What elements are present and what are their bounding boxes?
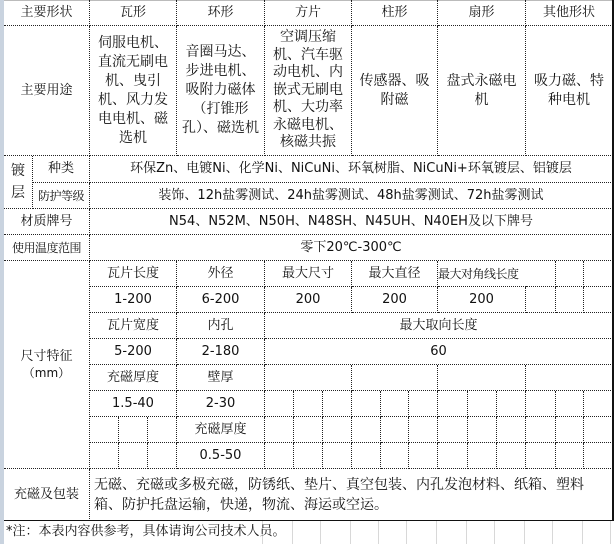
max-dia-label: 最大直径 xyxy=(352,261,438,287)
usage-cylinder: 传感器、吸附磁 xyxy=(352,26,438,156)
tile-width-label: 瓦片宽度 xyxy=(90,313,177,339)
empty-cell xyxy=(497,417,526,443)
outer-dia-value: 6-200 xyxy=(177,287,265,313)
empty-cell xyxy=(584,391,613,417)
empty-cell xyxy=(265,365,352,391)
empty-cell xyxy=(323,443,352,469)
empty-cell xyxy=(556,417,584,443)
max-orient-value: 60 xyxy=(265,339,613,365)
empty-cell xyxy=(556,261,584,287)
empty-cell xyxy=(119,417,148,443)
max-dia-value: 200 xyxy=(352,287,438,313)
empty-cell xyxy=(352,417,381,443)
empty-cell xyxy=(556,443,584,469)
empty-cell xyxy=(409,391,438,417)
empty-cell xyxy=(526,365,613,391)
empty-cell xyxy=(409,417,438,443)
usage-fan: 盘式永磁电机 xyxy=(438,26,526,156)
empty-cell xyxy=(584,443,613,469)
tile-length-value: 1-200 xyxy=(90,287,177,313)
max-diag-label: 最大对角线长度 xyxy=(438,261,526,287)
empty-cell xyxy=(409,443,438,469)
empty-cell xyxy=(526,261,556,287)
empty-cell xyxy=(438,417,468,443)
grid-line xyxy=(292,521,293,544)
tile-width-value: 5-200 xyxy=(90,339,177,365)
empty-cell xyxy=(468,443,497,469)
empty-cell xyxy=(352,391,381,417)
empty-cell xyxy=(90,443,119,469)
empty-cell xyxy=(148,417,177,443)
mag-thick-label-2: 充磁厚度 xyxy=(177,417,265,443)
empty-cell xyxy=(584,287,613,313)
empty-cell xyxy=(468,391,497,417)
material-label: 材质牌号 xyxy=(4,209,90,235)
temperature-value: 零下20℃-300℃ xyxy=(90,235,613,261)
empty-cell xyxy=(352,365,438,391)
empty-cell xyxy=(438,365,526,391)
max-diag-value: 200 xyxy=(438,287,526,313)
wall-value: 2-30 xyxy=(177,391,265,417)
empty-cell xyxy=(265,417,294,443)
grid-line xyxy=(320,521,321,544)
empty-cell xyxy=(497,443,526,469)
size-label: 尺寸特征 xyxy=(20,349,72,365)
empty-cell xyxy=(381,443,409,469)
empty-cell xyxy=(265,443,294,469)
max-size-value: 200 xyxy=(265,287,352,313)
empty-cell xyxy=(119,443,148,469)
empty-cell xyxy=(584,261,613,287)
grid-line xyxy=(466,521,467,544)
inner-hole-label: 内孔 xyxy=(177,313,265,339)
empty-cell xyxy=(294,417,323,443)
footnote: *注：本表内容供参考，具体请询公司技术人员。 xyxy=(6,523,286,541)
grid-line xyxy=(582,521,583,544)
coating-group-label: 镀层 xyxy=(4,156,33,209)
empty-cell xyxy=(265,391,294,417)
packaging-label: 充磁及包装 xyxy=(4,469,90,521)
table-right-border xyxy=(612,0,614,521)
empty-cell xyxy=(294,391,323,417)
header-shape-fan: 扇形 xyxy=(438,0,526,26)
wall-label: 壁厚 xyxy=(177,365,265,391)
grid-line xyxy=(524,521,525,544)
empty-cell xyxy=(294,443,323,469)
usage-other: 吸力磁、特种电机 xyxy=(526,26,613,156)
grid-line xyxy=(494,521,495,544)
usage-ring: 音圈马达、步进电机、吸附力磁体（打锥形孔）、磁选机 xyxy=(177,26,265,156)
max-size-label: 最大尺寸 xyxy=(265,261,352,287)
empty-cell xyxy=(438,443,468,469)
empty-cell xyxy=(438,391,468,417)
coating-type-label: 种类 xyxy=(33,156,90,183)
empty-cell xyxy=(556,391,584,417)
table-bottom-border xyxy=(4,520,614,521)
grid-line xyxy=(610,521,611,544)
temperature-label: 使用温度范围 xyxy=(4,235,90,261)
empty-cell xyxy=(584,417,613,443)
empty-cell xyxy=(497,391,526,417)
empty-cell xyxy=(323,417,352,443)
size-unit: （mm） xyxy=(23,365,70,381)
empty-cell xyxy=(323,391,352,417)
header-row-label: 主要形状 xyxy=(4,0,90,26)
empty-cell xyxy=(556,287,584,313)
inner-hole-value: 2-180 xyxy=(177,339,265,365)
grid-line xyxy=(378,521,379,544)
header-shape-cylinder: 柱形 xyxy=(352,0,438,26)
mag-thick-value-1: 1.5-40 xyxy=(90,391,177,417)
empty-cell xyxy=(526,287,556,313)
mag-thick-label-1: 充磁厚度 xyxy=(90,365,177,391)
empty-cell xyxy=(526,443,556,469)
header-shape-ring: 环形 xyxy=(177,0,265,26)
usage-block: 空调压缩机、汽车驱动电机、内嵌式无刷电机、大功率永磁电机、核磁共振 xyxy=(265,26,352,156)
size-label-cell: 尺寸特征 （mm） xyxy=(4,261,90,469)
mag-thick-value-2: 0.5-50 xyxy=(177,443,265,469)
max-orient-label: 最大取向长度 xyxy=(265,313,613,339)
empty-cell xyxy=(526,391,556,417)
material-value: N54、N52M、N50H、N48SH、N45UH、N40EH及以下牌号 xyxy=(90,209,613,235)
packaging-value: 无磁、充磁或多极充磁，防锈纸、垫片、真空包装、内孔发泡材料、纸箱、塑料箱、防护托… xyxy=(90,469,613,521)
coating-protection-value: 装饰、12h盐雾测试、24h盐雾测试、48h盐雾测试、72h盐雾测试 xyxy=(90,183,613,209)
empty-cell xyxy=(352,443,381,469)
header-shape-other: 其他形状 xyxy=(526,0,613,26)
empty-cell xyxy=(90,417,119,443)
coating-protection-label: 防护等级 xyxy=(33,183,90,209)
empty-cell xyxy=(526,417,556,443)
header-shape-tile: 瓦形 xyxy=(90,0,177,26)
coating-type-value: 环保Zn、电镀Ni、化学Ni、NiCuNi、环氧树脂、NiCuNi+环氧镀层、铝… xyxy=(90,156,613,183)
usage-label: 主要用途 xyxy=(4,26,90,156)
grid-line xyxy=(350,521,351,544)
header-shape-block: 方片 xyxy=(265,0,352,26)
tile-length-label: 瓦片长度 xyxy=(90,261,177,287)
outer-dia-label: 外径 xyxy=(177,261,265,287)
grid-line xyxy=(436,521,437,544)
usage-tile: 伺服电机、直流无刷电机、曳引机、风力发电电机、磁选机 xyxy=(90,26,177,156)
grid-line xyxy=(552,521,553,544)
empty-cell xyxy=(468,417,497,443)
empty-cell xyxy=(381,417,409,443)
empty-cell xyxy=(148,443,177,469)
empty-cell xyxy=(381,391,409,417)
grid-line xyxy=(406,521,407,544)
